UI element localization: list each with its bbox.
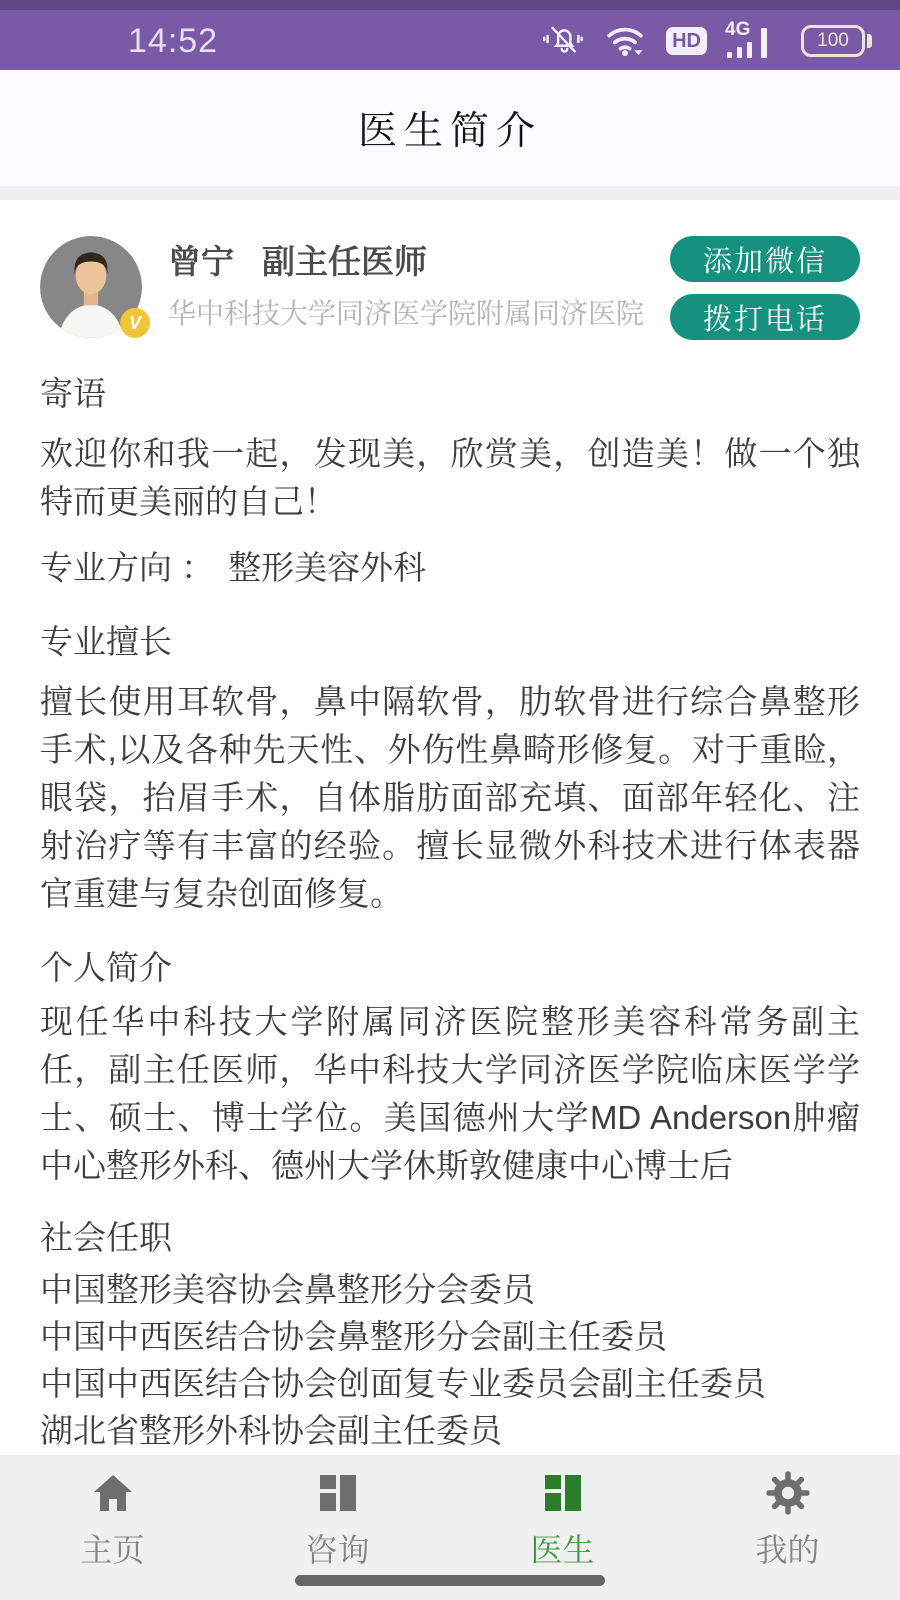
app-screen: 14:52 (0, 0, 900, 1600)
tab-doctor-label: 医生 (530, 1525, 594, 1571)
message-heading: 寄语 (40, 370, 860, 418)
network-type-label: 4G (725, 19, 750, 41)
doctor-hospital: 华中科技大学同济医学院附属同济医院 (168, 290, 658, 338)
status-time: 14:52 (128, 22, 218, 61)
specialty-direction-label: 专业方向 ： (40, 549, 214, 586)
verified-badge: V (120, 308, 150, 338)
tab-mine[interactable]: 我的 (675, 1455, 900, 1600)
tab-consult-label: 咨询 (305, 1525, 369, 1571)
dashboard-icon (539, 1469, 587, 1517)
message-body: 欢迎你和我一起，发现美，欣赏美，创造美！做一个独特而更美丽的自己！ (40, 430, 860, 526)
doctor-profile-card: V 曾宁副主任医师 华中科技大学同济医学院附属同济医院 添加微信 拨打电话 (40, 236, 860, 340)
list-item: 中国中西医结合协会创面复专业委员会副主任委员 (40, 1360, 860, 1407)
dashboard-icon (314, 1469, 362, 1517)
list-item: 湖北省整形外科协会副主任委员 (40, 1407, 860, 1454)
doctor-avatar[interactable]: V (40, 236, 142, 338)
tab-home[interactable]: 主页 (0, 1455, 225, 1600)
bio-body: 现任华中科技大学附属同济医院整形美容科常务副主任，副主任医师，华中科技大学同济医… (40, 998, 860, 1190)
tab-home-label: 主页 (80, 1525, 144, 1571)
expertise-body: 擅长使用耳软骨，鼻中隔软骨，肋软骨进行综合鼻整形手术,以及各种先天性、外伤性鼻畸… (40, 678, 860, 918)
expertise-heading: 专业擅长 (40, 618, 860, 666)
add-wechat-button[interactable]: 添加微信 (670, 236, 860, 282)
status-bar: 14:52 (0, 0, 900, 70)
specialty-direction-value: 整形美容外科 (228, 549, 426, 586)
doctor-name: 曾宁 (168, 243, 234, 280)
hd-badge: HD (666, 27, 707, 55)
battery-icon: 100 (801, 25, 872, 57)
page-title: 医生简介 (358, 100, 542, 156)
home-icon (89, 1469, 137, 1517)
bio-heading: 个人简介 (40, 944, 860, 992)
call-phone-button[interactable]: 拨打电话 (670, 294, 860, 340)
header: 医生简介 (0, 70, 900, 186)
positions-heading: 社会任职 (40, 1214, 860, 1262)
tab-mine-label: 我的 (755, 1525, 819, 1571)
mute-vibrate-icon (542, 23, 584, 60)
wifi-icon (602, 21, 648, 62)
home-indicator-bar[interactable] (295, 1575, 605, 1586)
list-item: 中国整形美容协会鼻整形分会委员 (40, 1266, 860, 1313)
contact-buttons: 添加微信 拨打电话 (670, 236, 860, 340)
doctor-info: 曾宁副主任医师 华中科技大学同济医学院附属同济医院 (142, 236, 658, 338)
status-icons: HD 4G 100 (542, 21, 872, 62)
header-divider (0, 186, 900, 200)
list-item: 中国中西医结合协会鼻整形分会副主任委员 (40, 1313, 860, 1360)
specialty-direction-row: 专业方向 ：整形美容外科 (40, 544, 860, 592)
battery-percent: 100 (817, 30, 849, 52)
doctor-name-row: 曾宁副主任医师 (168, 238, 658, 286)
gear-icon (764, 1469, 812, 1517)
cellular-signal-icon: 4G (725, 22, 783, 60)
doctor-job-title: 副主任医师 (262, 243, 427, 280)
content-scroll[interactable]: V 曾宁副主任医师 华中科技大学同济医学院附属同济医院 添加微信 拨打电话 寄语… (0, 200, 900, 1600)
